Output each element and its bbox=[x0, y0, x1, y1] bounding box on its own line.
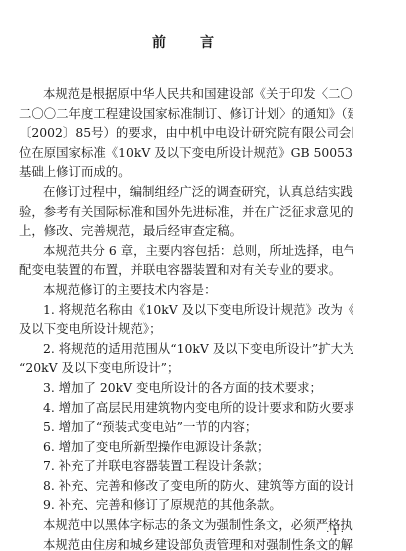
text-line: 本规范中以黑体字标志的条文为强制性条文，必须严格执行。 bbox=[19, 515, 353, 535]
text-line: 二〇〇二年度工程建设国家标准制订、修订计划〉的通知》（建标 bbox=[19, 104, 353, 124]
page-number: · 1 · bbox=[320, 526, 350, 538]
text-line: 〔2002〕85号）的要求，由中机中电设计研究院有限公司会同有关单 bbox=[19, 123, 353, 143]
preface-body: 本规范是根据原中华人民共和国建设部《关于印发〈二〇〇一～二〇〇二年度工程建设国家… bbox=[19, 84, 353, 551]
text-line: 6. 增加了变电所新型操作电源设计条款； bbox=[19, 437, 353, 457]
text-line: 位在原国家标准《10kV 及以下变电所设计规范》GB 50053—94 的 bbox=[19, 143, 353, 163]
text-line: 8. 补充、完善和修改了变电所的防火、建筑等方面的设计条款； bbox=[19, 476, 353, 496]
text-line: 5. 增加了“预装式变电站”一节的内容； bbox=[19, 417, 353, 437]
text-line: 基础上修订而成的。 bbox=[19, 162, 353, 182]
text-line: 及以下变电所设计规范》； bbox=[19, 319, 353, 339]
title-char-1: 前 bbox=[152, 32, 166, 52]
text-line: 本规范修订的主要技术内容是： bbox=[19, 280, 353, 300]
text-line: 3. 增加了 20kV 变电所设计的各方面的技术要求； bbox=[19, 378, 353, 398]
text-line: 1. 将规范名称由《10kV 及以下变电所设计规范》改为《20kV bbox=[19, 300, 353, 320]
text-line: 本规范共分 6 章，主要内容包括：总则，所址选择，电气部分， bbox=[19, 241, 353, 261]
text-line: 2. 将规范的适用范围从“10kV 及以下变电所设计”扩大为 bbox=[19, 339, 353, 359]
text-line: 在修订过程中，编制组经广泛的调查研究，认真总结实践经 bbox=[19, 182, 353, 202]
text-line: 验，参考有关国际标准和国外先进标准，并在广泛征求意见的基础 bbox=[19, 202, 353, 222]
text-line: 配变电装置的布置，并联电容器装置和对有关专业的要求。 bbox=[19, 260, 353, 280]
text-line: 7. 补充了并联电容器装置工程设计条款； bbox=[19, 456, 353, 476]
text-line: 4. 增加了高层民用建筑物内变电所的设计要求和防火要求； bbox=[19, 398, 353, 418]
text-line: 9. 补充、完善和修订了原规范的其他条款。 bbox=[19, 495, 353, 515]
title-char-2: 言 bbox=[200, 32, 214, 52]
page-title: 前言 bbox=[0, 32, 366, 52]
text-line: 本规范是根据原中华人民共和国建设部《关于印发〈二〇〇一～ bbox=[19, 84, 353, 104]
text-line: 本规范由住房和城乡建设部负责管理和对强制性条文的解 bbox=[19, 535, 353, 551]
text-line: 上，修改、完善规范，最后经审查定稿。 bbox=[19, 221, 353, 241]
text-line: “20kV 及以下变电所设计”； bbox=[19, 358, 353, 378]
